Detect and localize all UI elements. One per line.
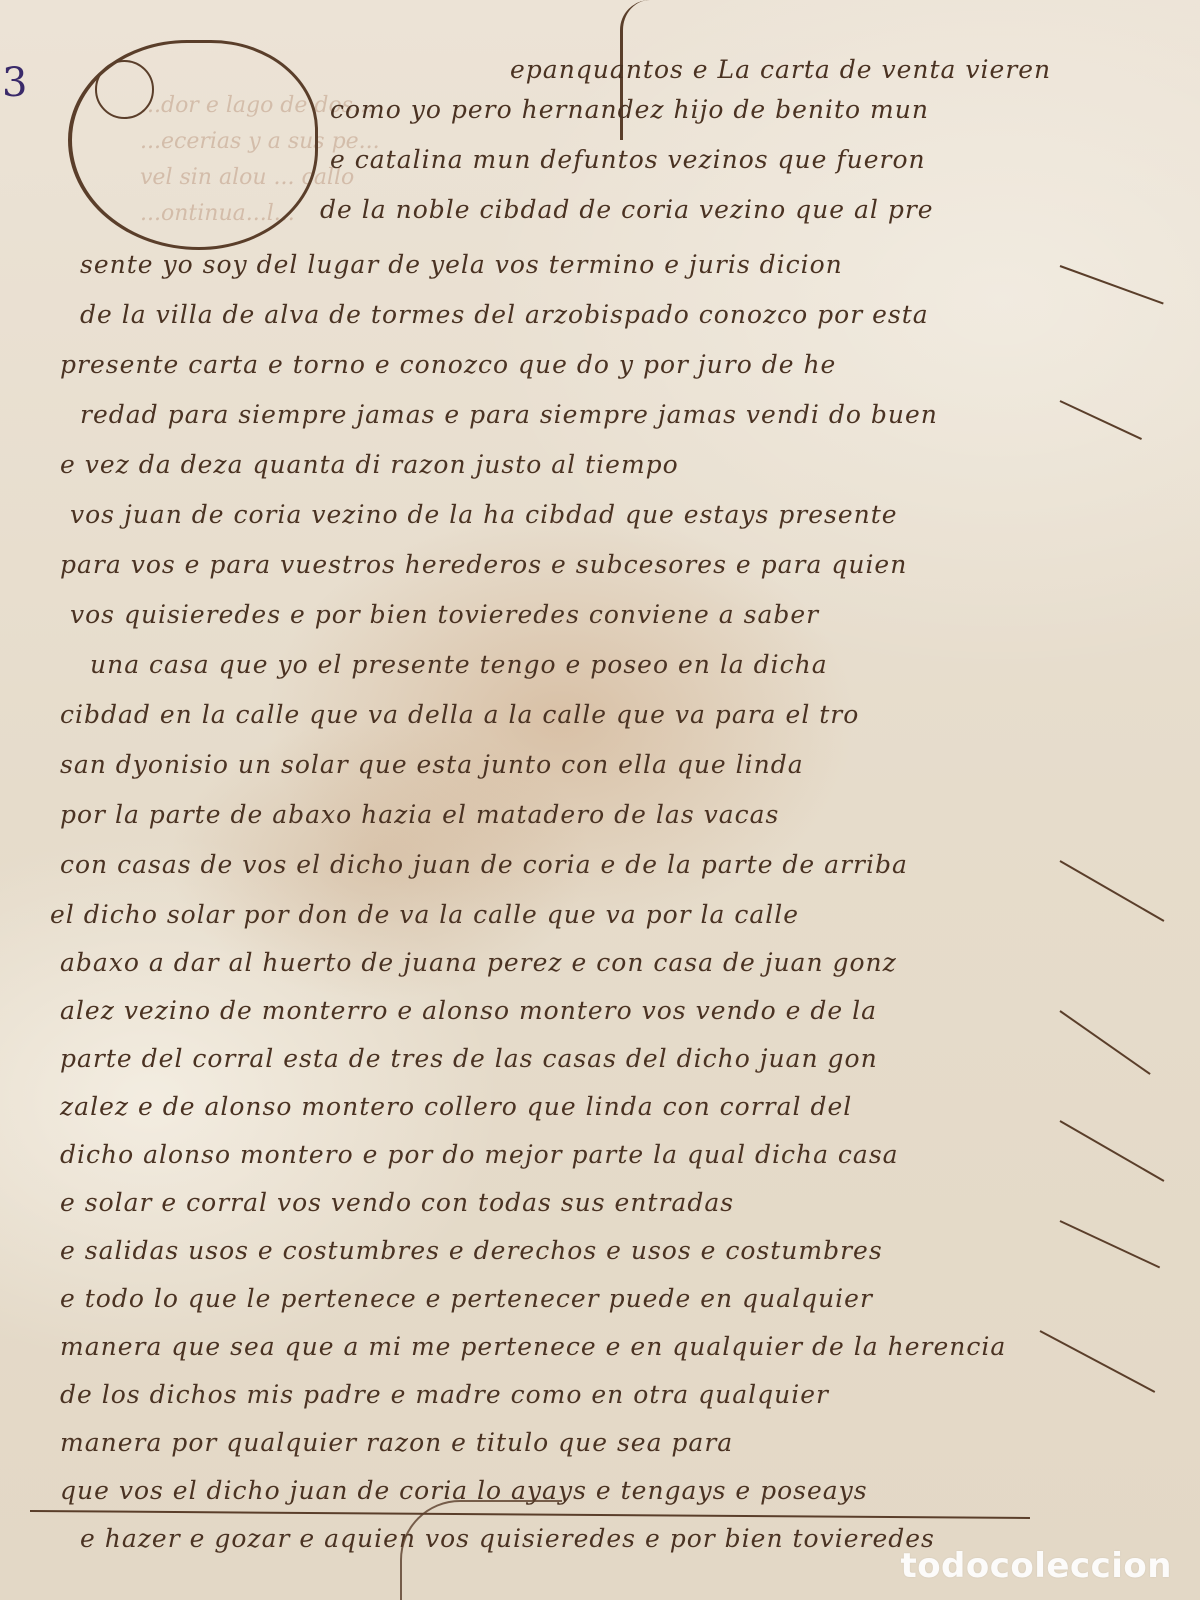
text-line: una casa que yo el presente tengo e pose… [90,645,828,685]
initial-loop-ornament [95,60,154,119]
text-line: con casas de vos el dicho juan de coria … [60,845,908,885]
text-line: e salidas usos e costumbres e derechos e… [60,1231,883,1271]
text-line: alez vezino de monterro e alonso montero… [60,991,877,1031]
text-line: manera por qualquier razon e titulo que … [60,1423,733,1463]
text-line: de la villa de alva de tormes del arzobi… [80,295,929,335]
text-line: el dicho solar por don de va la calle qu… [50,895,799,935]
margin-swash [1059,1010,1150,1075]
text-line: e solar e corral vos vendo con todas sus… [60,1183,734,1223]
text-line: zalez e de alonso montero collero que li… [60,1087,852,1127]
text-line: como yo pero hernandez hijo de benito mu… [330,90,929,130]
text-line: sente yo soy del lugar de yela vos termi… [80,245,843,285]
text-line: manera que sea que a mi me pertenece e e… [60,1327,1006,1367]
margin-swash [1060,1120,1165,1182]
text-line: vos juan de coria vezino de la ha cibdad… [70,495,898,535]
margin-mark: 3 [2,60,27,106]
text-line: dicho alonso montero e por do mejor part… [60,1135,899,1175]
text-line: e todo lo que le pertenece e pertenecer … [60,1279,873,1319]
signature-flourish [400,1500,562,1600]
manuscript-page: ...dor e lago de dos... ...ecerias y a s… [0,0,1200,1600]
margin-swash [1060,400,1142,440]
text-line: redad para siempre jamas e para siempre … [80,395,938,435]
margin-swash [1060,860,1165,922]
margin-swash [1060,265,1164,305]
text-line: presente carta e torno e conozco que do … [60,345,836,385]
text-line: de la noble cibdad de coria vezino que a… [320,190,934,230]
text-line: de los dichos mis padre e madre como en … [60,1375,829,1415]
text-line: san dyonisio un solar que esta junto con… [60,745,804,785]
text-line: para vos e para vuestros herederos e sub… [60,545,907,585]
text-line: cibdad en la calle que va della a la cal… [60,695,859,735]
watermark-logo: todocoleccion [900,1546,1172,1586]
text-line: epanquantos e La carta de venta vieren [510,50,1051,90]
margin-swash [1040,1330,1156,1393]
text-line: vos quisieredes e por bien tovieredes co… [70,595,819,635]
text-line: e vez da deza quanta di razon justo al t… [60,445,679,485]
text-line: por la parte de abaxo hazia el matadero … [60,795,779,835]
text-line: abaxo a dar al huerto de juana perez e c… [60,943,897,983]
text-line: e catalina mun defuntos vezinos que fuer… [330,140,926,180]
text-line: parte del corral esta de tres de las cas… [60,1039,878,1079]
margin-swash [1060,1220,1161,1268]
